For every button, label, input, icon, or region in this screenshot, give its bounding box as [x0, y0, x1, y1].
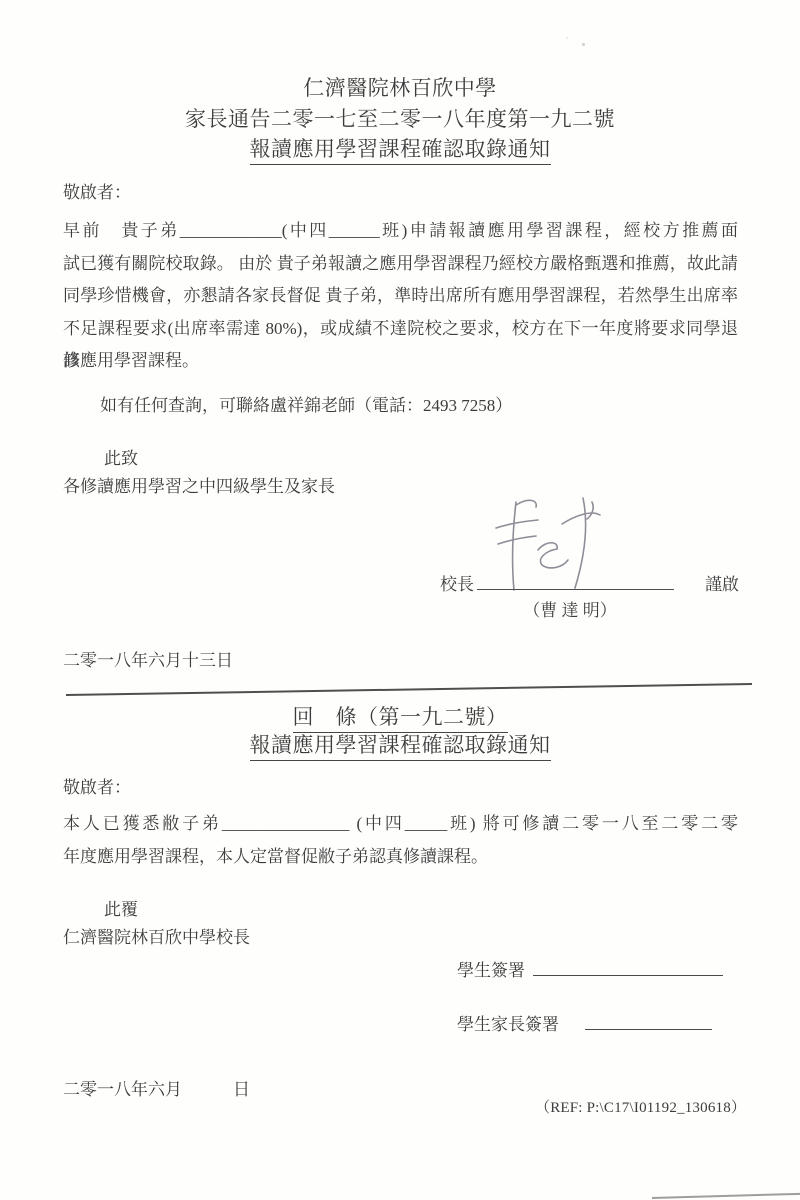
scan-speck	[566, 37, 568, 39]
notice-addressee: 各修讀應用學習之中四級學生及家長	[63, 471, 335, 504]
school-name: 仁濟醫院林百欣中學	[0, 74, 800, 103]
reference-code: （REF: P:\C17\I01192_130618）	[535, 1096, 746, 1117]
reply-body-line: 年度應用學習課程，本人定當督促敝子弟認真修讀課程。	[63, 841, 738, 874]
notice-body-paragraph: 早前 貴子弟____________(中四______班)申請報讀應用學習課程，…	[63, 215, 738, 378]
notice-body-line: 該應用學習課程。	[63, 345, 738, 378]
reply-addressee: 仁濟醫院林百欣中學校長	[63, 922, 250, 955]
principal-label: 校長	[440, 569, 474, 602]
respectfully-label: 謹啟	[705, 569, 739, 602]
reply-slip-subject: 報讀應用學習課程確認取錄通知	[250, 733, 551, 761]
parent-signature-label: 學生家長簽署	[457, 1015, 559, 1034]
student-signature-line	[533, 961, 723, 976]
notice-date: 二零一八年六月十三日	[63, 645, 233, 678]
student-signature-label: 學生簽署	[457, 961, 525, 980]
scanned-parent-notice: 仁濟醫院林百欣中學 家長通告二零一七至二零一八年度第一九二號 報讀應用學習課程確…	[0, 0, 800, 1200]
reply-title-row: 回 條（第一九二號）	[0, 703, 800, 732]
reply-slip-title: 回 條（第一九二號）	[293, 705, 508, 733]
reply-body-line: 本人已獲悉敝子弟_______________ (中四_____班) 將可修讀二…	[63, 808, 738, 841]
notice-subject: 報讀應用學習課程確認取錄通知	[250, 137, 551, 165]
reply-date-line: 二零一八年六月 日	[63, 1074, 250, 1107]
reply-body-paragraph: 本人已獲悉敝子弟_______________ (中四_____班) 將可修讀二…	[63, 808, 738, 873]
reply-salutation: 敬啟者：	[63, 772, 131, 805]
notice-body-line: 同學珍惜機會，亦懇請各家長督促 貴子弟，準時出席所有應用學習課程，若然學生出席率	[63, 280, 738, 313]
principal-name: （曹 達 明）	[495, 595, 645, 628]
notice-body-line: 早前 貴子弟____________(中四______班)申請報讀應用學習課程，…	[63, 215, 738, 248]
contact-line: 如有任何查詢，可聯絡盧祥錦老師（電話：2493 7258）	[63, 390, 738, 423]
scan-speck	[582, 43, 585, 46]
circular-number-line: 家長通告二零一七至二零一八年度第一九二號	[0, 105, 800, 134]
notice-subject-row: 報讀應用學習課程確認取錄通知	[0, 135, 800, 164]
parent-signature-row: 學生家長簽署	[457, 1009, 712, 1042]
parent-signature-line	[585, 1015, 712, 1030]
principal-handwritten-signature	[486, 492, 618, 596]
notice-body-line: 試已獲有關院校取錄。 由於 貴子弟報讀之應用學習課程乃經校方嚴格甄選和推薦，故此…	[63, 248, 738, 281]
notice-body-line: 不足課程要求(出席率需達 80%)，或成績不達院校之要求，校方在下一年度將要求同…	[63, 313, 738, 346]
student-signature-row: 學生簽署	[457, 955, 723, 988]
notice-salutation: 敬啟者：	[63, 177, 131, 210]
scan-edge-artifact	[652, 1193, 800, 1199]
principal-signature-line	[477, 589, 674, 590]
reply-subject-row: 報讀應用學習課程確認取錄通知	[0, 731, 800, 760]
